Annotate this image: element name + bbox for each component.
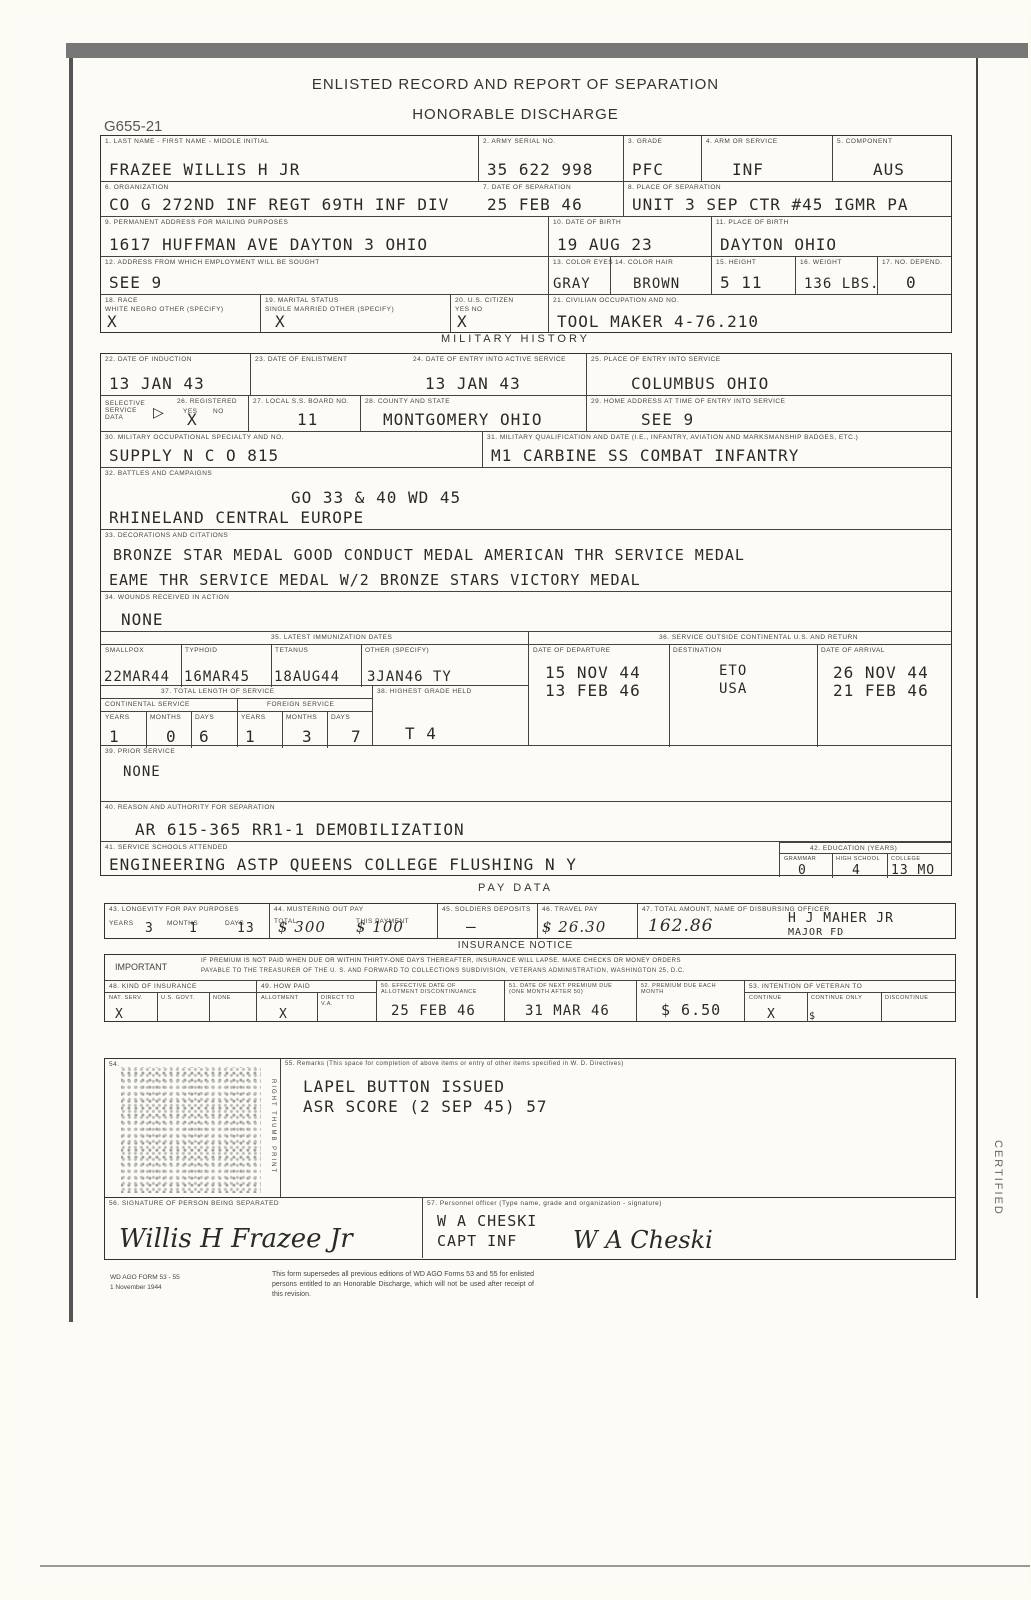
column-header: Typhoid	[185, 647, 217, 654]
field-value: 19 AUG 23	[557, 235, 653, 254]
cell-value: 18AUG44	[274, 669, 340, 685]
insurance-notice: IMPORTANT IF PREMIUM IS NOT PAID WHEN DU…	[105, 955, 955, 981]
field-label: 48. Kind of insurance	[109, 983, 197, 990]
field-label: 12. Address from which employment will b…	[105, 259, 320, 266]
continental-months: Months0	[146, 712, 192, 748]
field-value: 35 622 998	[487, 160, 593, 179]
column-header: Grammar	[784, 856, 816, 862]
field-value: 5 11	[720, 273, 763, 292]
no-label: No	[213, 408, 224, 415]
kind-nat-serv: Nat. Serv.X	[105, 993, 158, 1022]
field-label: 16. Weight	[800, 259, 842, 266]
field-label: 53. Intention of veteran to	[749, 983, 862, 990]
arrival-column: Date of arrival 26 NOV 44 21 FEB 46	[817, 645, 951, 747]
field-sublabel: White Negro Other (specify)	[105, 306, 224, 313]
officer-grade: CAPT INF	[437, 1232, 517, 1250]
signature: Willis H Frazee Jr	[119, 1224, 353, 1254]
top-border-bar	[66, 43, 1028, 58]
officer-name: H J MAHER JR	[788, 911, 894, 926]
field-value: NONE	[123, 764, 161, 780]
field-label: 9. Permanent address for mailing purpose…	[105, 219, 288, 226]
field-hair-color: 14. Color hair BROWN	[611, 257, 712, 295]
column-header: Nat. Serv.	[109, 995, 143, 1001]
column-header: U.S. Govt.	[161, 995, 195, 1001]
field-personnel-officer: 57. Personnel officer (Type name, grade …	[423, 1198, 955, 1258]
arrow-icon: ▷	[153, 404, 164, 421]
continental-days: Days6	[191, 712, 237, 748]
column-header: Continue	[749, 995, 782, 1001]
field-label: 56. Signature of person being separated	[109, 1200, 279, 1207]
field-label: 37. Total length of service	[161, 688, 275, 695]
field-organization: 6. Organization CO G 272ND INF REGT 69TH…	[101, 182, 479, 217]
left-border	[69, 58, 73, 1322]
field-employment-address: 12. Address from which employment will b…	[101, 257, 549, 295]
field-label: 49. How paid	[261, 983, 310, 990]
field-label: 57. Personnel officer (Type name, grade …	[427, 1200, 662, 1207]
days-value: 13	[237, 921, 255, 936]
field-label: 1. Last name - First name - Middle initi…	[105, 138, 269, 145]
field-label: 36. Service outside continental U.S. and…	[659, 634, 858, 641]
field-marital-status: 19. Marital status Single Married Other …	[261, 295, 451, 333]
education-college: College13 MO	[887, 854, 952, 878]
months-value: 1	[189, 921, 198, 936]
cell-value: $	[809, 1011, 816, 1022]
insurance-section: IMPORTANT IF PREMIUM IS NOT PAID WHEN DU…	[104, 954, 956, 1022]
field-total-service: 37. Total length of service Continental …	[101, 686, 373, 746]
cell-value: X	[115, 1007, 124, 1022]
field-wounds: 34. Wounds received in action NONE	[101, 592, 951, 632]
column-header: Direct to V.A.	[321, 995, 361, 1007]
field-value: BROWN	[633, 276, 680, 292]
field-active-service-date: 24. Date of entry into active service 13…	[409, 354, 587, 396]
officer-title: MAJOR FD	[788, 927, 844, 938]
field-value: AR 615-365 RR1-1 DEMOBILIZATION	[135, 820, 465, 839]
immunization-grid: Smallpox 22MAR44 Typhoid 16MAR45 Tetanus…	[101, 644, 529, 687]
column-header: Continue only	[811, 995, 862, 1001]
right-border	[976, 58, 978, 1298]
remarks-section: 54. RIGHT THUMB PRINT 55. Remarks (This …	[104, 1058, 956, 1198]
field-total-amount: 47. Total amount, name of disbursing off…	[638, 904, 955, 938]
cell-value: 13 MO	[891, 863, 935, 878]
field-value: X	[187, 410, 198, 429]
field-value: M1 CARBINE SS COMBAT INFANTRY	[491, 446, 799, 465]
thumb-label: RIGHT THUMB PRINT	[270, 1079, 276, 1174]
field-label: 25. Place of entry into service	[591, 356, 721, 363]
field-label: 20. U.S. citizen	[455, 297, 514, 304]
field-birth-date: 10. Date of birth 19 AUG 23	[549, 217, 712, 257]
field-value: PFC	[632, 160, 664, 179]
column-header: Date of departure	[533, 647, 610, 654]
pay-data-section: 43. Longevity for pay purposes Years 3 M…	[104, 903, 956, 939]
payment-value: $ 100	[356, 918, 404, 936]
intention-continue: ContinueX	[745, 993, 808, 1022]
how-paid-grid: AllotmentX Direct to V.A.	[257, 992, 377, 1022]
column-header: Tetanus	[275, 647, 308, 654]
field-value: 13 JAN 43	[425, 374, 521, 393]
field-local-board: 27. Local S.S. board no. 11	[249, 396, 361, 432]
cell-value: 6	[199, 727, 210, 746]
field-separation-date: 7. Date of separation 25 FEB 46	[479, 182, 624, 217]
field-label: 17. No. depend.	[882, 259, 943, 266]
cell-value: 1	[109, 727, 120, 746]
intention-grid: ContinueX Continue only$ Discontinue	[745, 992, 955, 1022]
field-value: 25 FEB 46	[487, 195, 583, 214]
kind-none: None	[209, 993, 257, 1022]
education-grid: Grammar0 High School4 College13 MO	[780, 853, 952, 878]
field-label: 26. Registered	[177, 398, 237, 405]
signatures-section: 56. Signature of person being separated …	[104, 1198, 956, 1260]
field-label: 28. County and state	[365, 398, 450, 405]
amount-value: 162.86	[648, 916, 713, 936]
field-value: TOOL MAKER 4-76.210	[557, 312, 759, 331]
field-label: 8. Place of separation	[628, 184, 721, 191]
field-label: 21. Civilian occupation and no.	[553, 297, 679, 304]
field-mos: 30. Military occupational specialty and …	[101, 432, 483, 468]
field-permanent-address: 9. Permanent address for mailing purpose…	[101, 217, 549, 257]
field-citizen: 20. U.S. citizen Yes No X	[451, 295, 549, 333]
field-separated-signature: 56. Signature of person being separated …	[105, 1198, 423, 1258]
cell-value: 13 FEB 46	[545, 681, 641, 700]
important-label: IMPORTANT	[115, 962, 167, 972]
field-home-address-entry: 29. Home address at time of entry into s…	[587, 396, 951, 432]
field-value: EAME THR SERVICE MEDAL W/2 BRONZE STARS …	[109, 571, 641, 589]
field-value: $ 6.50	[661, 1001, 721, 1019]
column-header: Smallpox	[105, 647, 144, 654]
cell-value: 22MAR44	[104, 669, 170, 685]
field-separation-reason: 40. Reason and authority for separation …	[101, 802, 951, 842]
field-value: GRAY	[553, 276, 591, 292]
supersedes-note: This form supersedes all previous editio…	[272, 1270, 534, 1300]
foreign-grid: Years1 Months3 Days7	[237, 711, 373, 748]
field-longevity: 43. Longevity for pay purposes Years 3 M…	[105, 904, 270, 938]
field-label: 3. Grade	[628, 138, 662, 145]
field-value: RHINELAND CENTRAL EUROPE	[109, 508, 364, 527]
field-label: 31. Military qualification and date (i.e…	[487, 434, 858, 441]
column-header: None	[213, 995, 231, 1001]
margin-stamp: CERTIFIED	[992, 1140, 1004, 1216]
field-value: COLUMBUS OHIO	[631, 374, 769, 393]
field-value: 31 MAR 46	[525, 1003, 610, 1019]
years-label: Years	[109, 920, 134, 927]
field-label: 39. Prior service	[105, 748, 175, 755]
field-label: 32. Battles and campaigns	[105, 470, 212, 477]
field-qualification: 31. Military qualification and date (i.e…	[483, 432, 951, 468]
destination-column: Destination ETO USA	[669, 645, 818, 747]
field-label: 46. Travel pay	[542, 906, 598, 913]
field-label: 6. Organization	[105, 184, 169, 191]
field-separation-place: 8. Place of separation UNIT 3 SEP CTR #4…	[624, 182, 951, 217]
field-label: 44. Mustering out pay	[274, 906, 364, 913]
field-label: 55. Remarks (This space for completion o…	[285, 1061, 624, 1067]
field-value: 11	[297, 410, 318, 429]
field-value: SEE 9	[109, 273, 162, 292]
field-civilian-occupation: 21. Civilian occupation and no. TOOL MAK…	[549, 295, 951, 333]
field-enlistment-date: 23. Date of enlistment	[251, 354, 409, 396]
field-label: 35. Latest immunization dates	[271, 634, 392, 641]
column-header: Discontinue	[885, 995, 928, 1001]
field-label: 23. Date of enlistment	[255, 356, 348, 363]
foreign-months: Months3	[282, 712, 328, 748]
field-highest-grade: 38. Highest grade held T 4	[373, 686, 529, 746]
field-label: 41. Service schools attended	[105, 844, 228, 851]
field-value: $ 26.30	[542, 918, 606, 936]
intention-continue-only: Continue only$	[807, 993, 882, 1022]
column-header: Years	[105, 714, 130, 721]
field-value: —	[466, 917, 477, 936]
field-label: 11. Place of birth	[716, 219, 789, 226]
field-label: 29. Home address at time of entry into s…	[591, 398, 785, 405]
field-label: 45. Soldiers deposits	[442, 906, 531, 913]
field-label: 38. Highest grade held	[377, 688, 472, 695]
field-eye-color: 13. Color eyes GRAY	[549, 257, 611, 295]
field-label: 5. Component	[837, 138, 892, 145]
field-value: CO G 272ND INF REGT 69TH INF DIV	[109, 195, 449, 214]
field-value: SUPPLY N C O 815	[109, 446, 279, 465]
field-label: 19. Marital status	[265, 297, 339, 304]
service-outside-grid: Date of departure 15 NOV 44 13 FEB 46 De…	[529, 644, 951, 747]
intention-discontinue: Discontinue	[881, 993, 955, 1022]
cell-value: 15 NOV 44	[545, 663, 641, 682]
field-birth-place: 11. Place of birth DAYTON OHIO	[712, 217, 951, 257]
cell-value: 0	[798, 863, 807, 878]
field-value: ENGINEERING ASTP QUEENS COLLEGE FLUSHING…	[109, 855, 577, 874]
column-header: Months	[286, 714, 317, 721]
field-value: 25 FEB 46	[391, 1003, 476, 1019]
years-value: 3	[145, 921, 154, 936]
field-label: 18. Race	[105, 297, 138, 304]
column-header: Date of arrival	[821, 647, 885, 654]
field-value: 0	[906, 273, 917, 292]
cell-value: 26 NOV 44	[833, 663, 929, 682]
foreign-years: Years1	[237, 712, 283, 748]
field-next-premium-due: 51. Date of next premium due (One month …	[505, 981, 637, 1021]
field-immunizations: 35. Latest immunization dates Smallpox 2…	[101, 632, 529, 686]
field-label: 10. Date of birth	[553, 219, 621, 226]
cell-value: X	[279, 1007, 288, 1022]
field-label: 34. Wounds received in action	[105, 594, 229, 601]
field-service-outside-us: 36. Service outside continental U.S. and…	[529, 632, 951, 746]
field-value: 1617 HUFFMAN AVE DAYTON 3 OHIO	[109, 235, 428, 254]
immunization-other: Other (specify) 3JAN46 TY	[361, 645, 529, 687]
paid-direct: Direct to V.A.	[317, 993, 377, 1022]
field-value: DAYTON OHIO	[720, 235, 837, 254]
cell-value: 7	[351, 727, 362, 746]
field-label: 22. Date of induction	[105, 356, 192, 363]
field-label: 52. Premium due each month	[641, 983, 737, 995]
officer-signature: W A Cheski	[573, 1226, 713, 1254]
selective-service-label: Selective Service Data ▷	[101, 396, 173, 432]
field-value: 13 JAN 43	[109, 374, 205, 393]
field-value: INF	[732, 160, 764, 179]
field-serial-no: 2. Army serial no. 35 622 998	[479, 136, 624, 182]
column-header: Other (specify)	[365, 647, 429, 654]
field-value: FRAZEE WILLIS H JR	[109, 160, 300, 179]
field-decorations: 33. Decorations and citations BRONZE STA…	[101, 530, 951, 592]
column-header: Years	[241, 714, 266, 721]
total-value: $ 300	[278, 918, 326, 936]
field-travel-pay: 46. Travel pay $ 26.30	[538, 904, 638, 938]
military-history-section: 22. Date of induction 13 JAN 43 23. Date…	[100, 353, 952, 876]
field-value: BRONZE STAR MEDAL GOOD CONDUCT MEDAL AME…	[113, 546, 745, 564]
field-registered: 26. Registered Yes No X	[173, 396, 249, 432]
field-label: 51. Date of next premium due (One month …	[509, 983, 629, 995]
field-label: 2. Army serial no.	[483, 138, 556, 145]
officer-name: W A CHESKI	[437, 1212, 537, 1230]
field-grade: 3. Grade PFC	[624, 136, 702, 182]
cell-value: 0	[166, 727, 177, 746]
personal-section: 1. Last name - First name - Middle initi…	[100, 135, 952, 333]
insurance-kind-grid: Nat. Serv.X U.S. Govt. None	[105, 992, 257, 1022]
form-code: G655-21	[104, 118, 162, 135]
field-race: 18. Race White Negro Other (specify) X	[101, 295, 261, 333]
field-remarks: 55. Remarks (This space for completion o…	[281, 1059, 955, 1197]
field-county-state: 28. County and state MONTGOMERY OHIO	[361, 396, 587, 432]
field-height: 15. Height 5 11	[712, 257, 796, 295]
field-battles-campaigns: 32. Battles and campaigns GO 33 & 40 WD …	[101, 468, 951, 530]
cell-value: 3	[302, 727, 313, 746]
field-value: X	[107, 312, 118, 331]
field-value: T 4	[405, 724, 437, 743]
section-insurance-notice: INSURANCE NOTICE	[0, 940, 1031, 951]
cell-value: ETO	[719, 663, 747, 679]
paid-allotment: AllotmentX	[257, 993, 318, 1022]
immunization-tetanus: Tetanus 18AUG44	[271, 645, 362, 687]
field-kind-of-insurance: 48. Kind of insurance Nat. Serv.X U.S. G…	[105, 981, 257, 1021]
field-prior-service: 39. Prior service NONE	[101, 746, 951, 802]
education-high-school: High School4	[832, 854, 888, 878]
cell-value: USA	[719, 681, 747, 697]
field-weight: 16. Weight 136 LBS.	[796, 257, 878, 295]
departure-column: Date of departure 15 NOV 44 13 FEB 46	[529, 645, 670, 747]
field-label: 50. Effective date of allotment disconti…	[381, 983, 491, 995]
column-header: Allotment	[261, 995, 299, 1001]
field-service-schools: 41. Service schools attended ENGINEERING…	[101, 842, 779, 876]
field-label: 27. Local S.S. board no.	[253, 398, 349, 405]
field-value: UNIT 3 SEP CTR #45 IGMR PA	[632, 195, 908, 214]
field-label: 7. Date of separation	[483, 184, 571, 191]
field-how-paid: 49. How paid AllotmentX Direct to V.A.	[257, 981, 377, 1021]
remark-line: ASR SCORE (2 SEP 45) 57	[303, 1097, 548, 1116]
section-military-history: MILITARY HISTORY	[0, 333, 1031, 345]
field-label: 54.	[109, 1061, 120, 1068]
field-premium-each-month: 52. Premium due each month $ 6.50	[637, 981, 745, 1021]
field-value: X	[457, 312, 468, 331]
field-allotment-discontinuance: 50. Effective date of allotment disconti…	[377, 981, 505, 1021]
cell-value: 3JAN46 TY	[367, 669, 452, 685]
group-header: Foreign service	[267, 701, 334, 708]
field-label: 4. Arm or service	[706, 138, 778, 145]
field-entry-place: 25. Place of entry into service COLUMBUS…	[587, 354, 951, 396]
continental-service: Continental service Years1 Months0 Days6	[101, 698, 238, 747]
field-value: AUS	[873, 160, 905, 179]
form-date: 1 November 1944	[110, 1284, 162, 1291]
field-label: Selective Service Data	[105, 400, 135, 421]
field-value: 136 LBS.	[804, 276, 879, 292]
field-name: 1. Last name - First name - Middle initi…	[101, 136, 479, 182]
kind-us-govt: U.S. Govt.	[157, 993, 210, 1022]
field-label: 40. Reason and authority for separation	[105, 804, 275, 811]
field-thumb-print: 54. RIGHT THUMB PRINT	[105, 1059, 281, 1197]
field-value: SEE 9	[641, 410, 694, 429]
field-value: NONE	[121, 610, 164, 629]
field-label: 30. Military occupational specialty and …	[105, 434, 284, 441]
page-edge	[40, 1565, 1030, 1567]
field-label: 13. Color eyes	[553, 259, 613, 266]
education-grammar: Grammar0	[780, 854, 833, 878]
field-veteran-intention: 53. Intention of veteran to ContinueX Co…	[745, 981, 955, 1021]
field-component: 5. Component AUS	[833, 136, 951, 182]
column-header: Days	[331, 714, 350, 721]
field-label: 42. Education (Years)	[810, 845, 897, 852]
field-education: 42. Education (Years) Grammar0 High Scho…	[779, 842, 952, 877]
field-label: 33. Decorations and citations	[105, 532, 228, 539]
foreign-service: Foreign service Years1 Months3 Days7	[237, 698, 373, 747]
continental-years: Years1	[101, 712, 147, 748]
form-id: WD AGO FORM 53 - 55	[110, 1274, 180, 1281]
notice-text: IF PREMIUM IS NOT PAID WHEN DUE OR WITHI…	[201, 958, 681, 964]
cell-value: 4	[852, 863, 861, 878]
cell-value: X	[767, 1007, 776, 1022]
notice-text: PAYABLE TO THE TREASURER OF THE U. S. AN…	[201, 968, 685, 974]
field-label: 15. Height	[716, 259, 756, 266]
immunization-smallpox: Smallpox 22MAR44	[101, 645, 182, 687]
field-induction-date: 22. Date of induction 13 JAN 43	[101, 354, 251, 396]
foreign-days: Days7	[327, 712, 373, 748]
column-header: High School	[836, 856, 880, 862]
column-header: Months	[150, 714, 181, 721]
group-header: Continental service	[105, 701, 190, 708]
field-value: X	[275, 312, 286, 331]
field-value: MONTGOMERY OHIO	[383, 410, 543, 429]
cell-value: 16MAR45	[184, 669, 250, 685]
column-header: Days	[195, 714, 214, 721]
column-header: Destination	[673, 647, 722, 654]
field-label: 14. Color hair	[615, 259, 673, 266]
field-label: 24. Date of entry into active service	[413, 356, 566, 363]
field-value: GO 33 & 40 WD 45	[291, 488, 461, 507]
immunization-typhoid: Typhoid 16MAR45	[181, 645, 272, 687]
continental-grid: Years1 Months0 Days6	[101, 711, 237, 748]
thumb-print-image	[121, 1067, 261, 1193]
form-title: ENLISTED RECORD AND REPORT OF SEPARATION	[0, 76, 1031, 93]
remark-line: LAPEL BUTTON ISSUED	[303, 1077, 505, 1096]
field-soldiers-deposits: 45. Soldiers deposits —	[438, 904, 538, 938]
field-mustering-out-pay: 44. Mustering out pay Total $ 300 This p…	[270, 904, 438, 938]
field-dependents: 17. No. depend. 0	[878, 257, 951, 295]
field-arm-service: 4. Arm or service INF	[702, 136, 833, 182]
cell-value: 21 FEB 46	[833, 681, 929, 700]
section-pay-data: PAY DATA	[0, 882, 1031, 894]
field-label: 43. Longevity for pay purposes	[109, 906, 239, 913]
cell-value: 1	[245, 727, 256, 746]
column-header: College	[891, 856, 920, 862]
